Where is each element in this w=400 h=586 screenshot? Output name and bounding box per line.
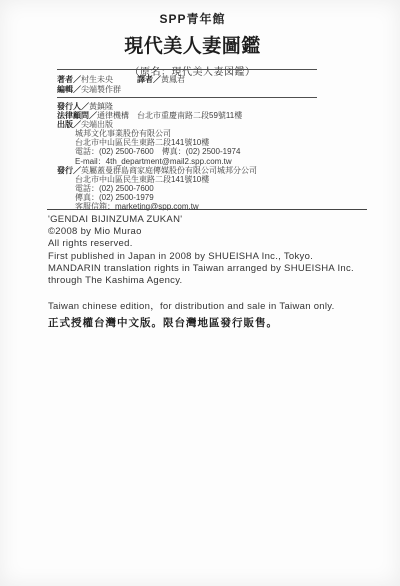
press-phone-fax-line: 電話：(02) 2500-7600 傳真：(02) 2500-1974 [57, 147, 257, 156]
distributor-address-line: 台北市中山區民生東路二段141號10樓 [57, 175, 257, 184]
copyright-page: SPP青年館 現代美人妻圖鑑 （原名：現代美人妻図鑑） 著者／村生未央譯者／黃鳳… [0, 0, 400, 586]
taiwan-edition-zh-line: 正式授權台灣中文版。限台灣地區發行販售。 [48, 315, 335, 330]
divider-top [57, 69, 317, 70]
book-title: 現代美人妻圖鑑 [40, 31, 345, 58]
book-header: SPP青年館 現代美人妻圖鑑 （原名：現代美人妻図鑑） [40, 10, 345, 78]
publisher-person-name: 黃鎮隆 [89, 102, 113, 111]
press-email-line: E-mail：4th_department@mail2.spp.com.tw [57, 157, 257, 166]
press-company-line: 城邦文化事業股份有限公司 [57, 129, 257, 138]
legal-advisor-line: 法律顧問／通律機構 台北市重慶南路二段59號11樓 [57, 111, 257, 120]
credits-row-1: 著者／村生未央譯者／黃鳳君 [57, 75, 185, 85]
distributor-name: 英屬蓋曼群島商家庭傳媒股份有限公司城邦分公司 [81, 166, 257, 175]
copyright-line: ©2008 by Mio Murao [48, 226, 354, 238]
author-label: 著者／ [57, 75, 81, 84]
legal-advisor-label: 法律顧問／ [57, 111, 97, 120]
divider-rights [47, 209, 367, 210]
distributor-fax-line: 傳真：(02) 2500-1979 [57, 193, 257, 202]
translator-label: 譯者／ [137, 75, 161, 84]
distributor-phone-line: 電話：(02) 2500-7600 [57, 184, 257, 193]
colophon-block: 發行人／黃鎮隆 法律顧問／通律機構 台北市重慶南路二段59號11樓 出版／尖端出… [57, 102, 257, 211]
credits-row-2: 編輯／尖端製作群 [57, 85, 185, 95]
agency-line: through The Kashima Agency. [48, 275, 354, 287]
imprint-label: SPP青年館 [40, 10, 345, 27]
first-published-line: First published in Japan in 2008 by SHUE… [48, 251, 354, 263]
author-name: 村生未央 [81, 75, 113, 84]
taiwan-edition-en-line: Taiwan chinese edition，for distribution … [48, 298, 335, 312]
rights-notice-en: 'GENDAI BIJINZUMA ZUKAN' ©2008 by Mio Mu… [48, 214, 354, 287]
author-credit: 著者／村生未央 [57, 75, 137, 85]
translation-rights-line: MANDARIN translation rights in Taiwan ar… [48, 263, 354, 275]
press-line: 出版／尖端出版 [57, 120, 257, 129]
taiwan-edition-notice: Taiwan chinese edition，for distribution … [48, 298, 335, 330]
distributor-line: 發行／英屬蓋曼群島商家庭傳媒股份有限公司城邦分公司 [57, 166, 257, 175]
legal-advisor-value: 通律機構 台北市重慶南路二段59號11樓 [97, 111, 242, 120]
all-rights-reserved-line: All rights reserved. [48, 238, 354, 250]
editor-label: 編輯／ [57, 85, 81, 94]
editor-name: 尖端製作群 [81, 85, 121, 94]
publisher-person-line: 發行人／黃鎮隆 [57, 102, 257, 111]
credits-block: 著者／村生未央譯者／黃鳳君 編輯／尖端製作群 [57, 75, 185, 94]
original-romanized-title: 'GENDAI BIJINZUMA ZUKAN' [48, 214, 354, 226]
publisher-person-label: 發行人／ [57, 102, 89, 111]
press-name: 尖端出版 [81, 120, 113, 129]
divider-credits [57, 97, 317, 98]
press-label: 出版／ [57, 120, 81, 129]
translator-name: 黃鳳君 [161, 75, 185, 84]
distributor-label: 發行／ [57, 166, 81, 175]
